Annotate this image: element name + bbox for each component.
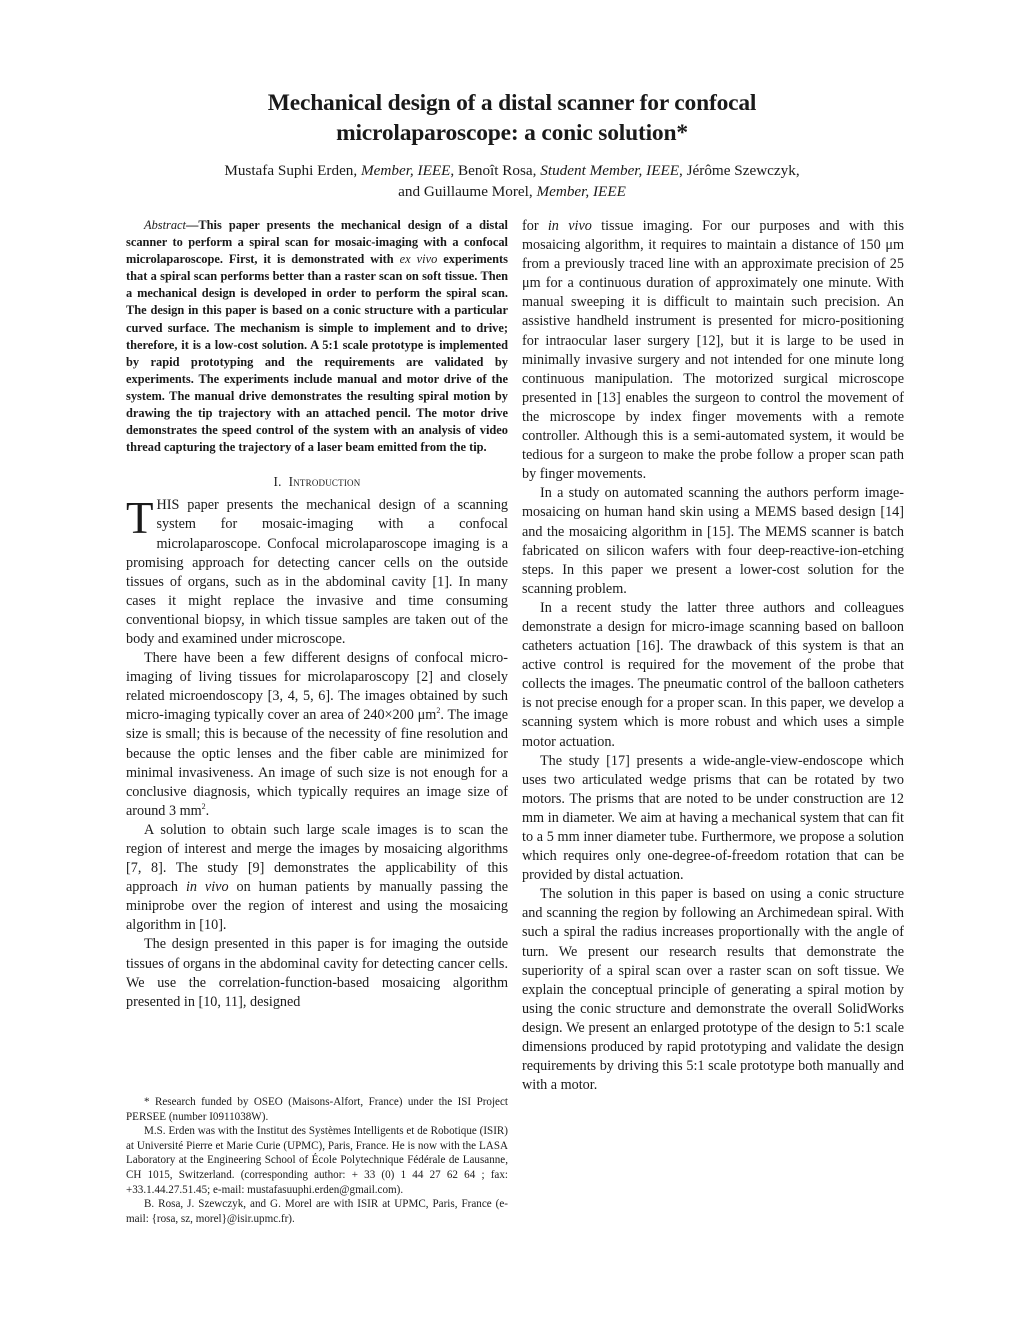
author-role: Member, IEEE: [361, 162, 450, 179]
footnotes: * Research funded by OSEO (Maisons-Alfor…: [126, 1095, 508, 1226]
footnote-erden-affiliation: M.S. Erden was with the Institut des Sys…: [126, 1124, 508, 1197]
abstract: Abstract—This paper presents the mechani…: [126, 217, 508, 456]
footnote-coauthors-affiliation: B. Rosa, J. Szewczyk, and G. Morel are w…: [126, 1197, 508, 1226]
intro-paragraph-5: In a study on automated scanning the aut…: [522, 484, 904, 599]
abstract-dash: —: [186, 218, 198, 232]
author-list: Mustafa Suphi Erden, Member, IEEE, Benoî…: [0, 160, 1024, 202]
author-name: Jérôme Szewczyk,: [687, 162, 800, 179]
abstract-label: Abstract: [144, 218, 186, 232]
italic-text: in vivo: [186, 879, 229, 895]
author-name: Benoît Rosa,: [458, 162, 540, 179]
paragraph-text: .: [206, 803, 210, 819]
intro-paragraph-6: In a recent study the latter three autho…: [522, 599, 904, 752]
author-line-1: Mustafa Suphi Erden, Member, IEEE, Benoî…: [0, 160, 1024, 181]
paragraph-text: HIS paper presents the mechanical design…: [126, 497, 508, 647]
section-number: I.: [274, 474, 282, 489]
left-column: Abstract—This paper presents the mechani…: [126, 217, 508, 1012]
section-heading-introduction: I. Introduction: [126, 473, 508, 491]
drop-cap: T: [126, 498, 154, 536]
section-title: Introduction: [289, 474, 361, 489]
title-line-1: Mechanical design of a distal scanner fo…: [0, 88, 1024, 118]
author-name: Mustafa Suphi Erden,: [224, 162, 361, 179]
author-line-2: and Guillaume Morel, Member, IEEE: [0, 181, 1024, 202]
paragraph-text: tissue imaging. For our purposes and wit…: [522, 218, 904, 482]
footnote-funding: * Research funded by OSEO (Maisons-Alfor…: [126, 1095, 508, 1124]
intro-paragraph-3: A solution to obtain such large scale im…: [126, 821, 508, 936]
author-separator: ,: [450, 162, 458, 179]
intro-paragraph-2: There have been a few different designs …: [126, 649, 508, 821]
author-name: and Guillaume Morel,: [398, 183, 536, 200]
author-separator: ,: [679, 162, 687, 179]
author-role: Student Member, IEEE: [540, 162, 679, 179]
italic-text: in vivo: [548, 218, 592, 234]
abstract-italic: ex vivo: [400, 252, 438, 266]
intro-paragraph-4: The design presented in this paper is fo…: [126, 935, 508, 1011]
intro-paragraph-7: The study [17] presents a wide-angle-vie…: [522, 752, 904, 886]
paragraph-text: for: [522, 218, 548, 234]
title-line-2: microlaparoscope: a conic solution*: [0, 118, 1024, 148]
paper-title: Mechanical design of a distal scanner fo…: [0, 88, 1024, 148]
right-column: for in vivo tissue imaging. For our purp…: [522, 217, 904, 1095]
author-role: Member, IEEE: [536, 183, 625, 200]
intro-paragraph-4-continued: for in vivo tissue imaging. For our purp…: [522, 217, 904, 484]
intro-paragraph-1: THIS paper presents the mechanical desig…: [126, 496, 508, 649]
abstract-text: experiments that a spiral scan performs …: [126, 252, 508, 454]
intro-paragraph-8: The solution in this paper is based on u…: [522, 885, 904, 1095]
paragraph-text: . The image size is small; this is becau…: [126, 707, 508, 818]
